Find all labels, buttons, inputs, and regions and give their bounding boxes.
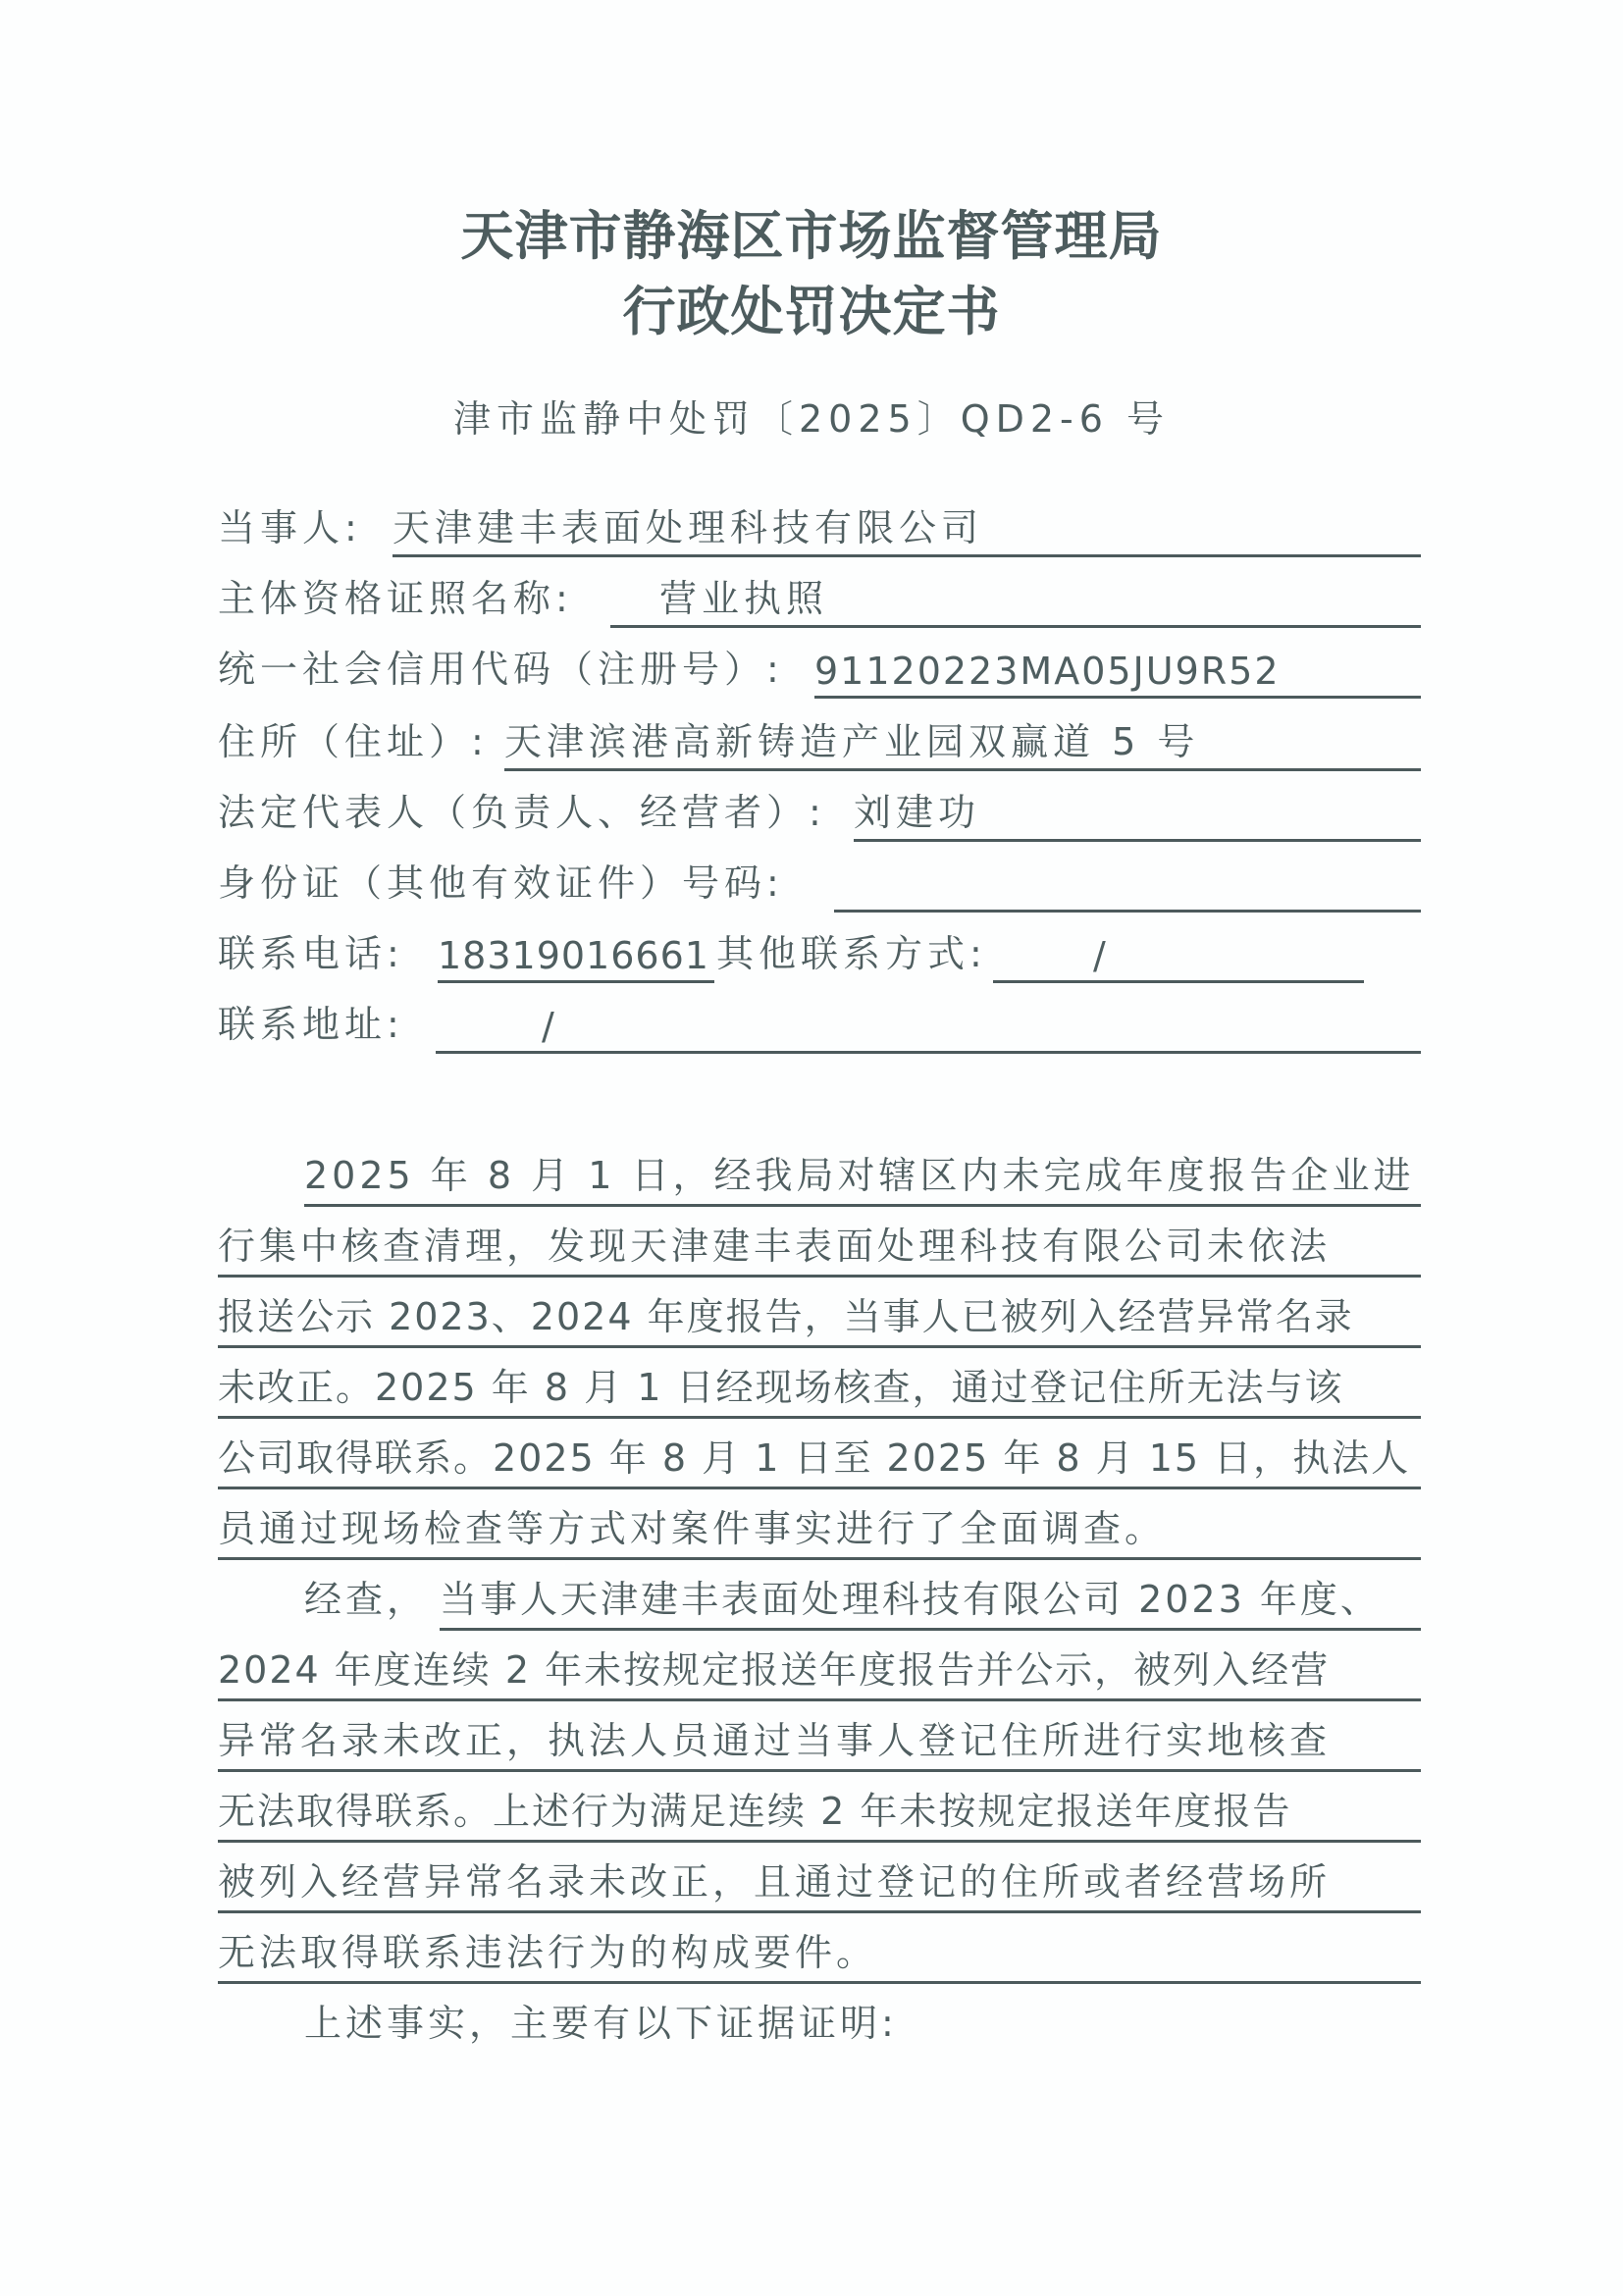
id-number-underline	[834, 910, 1421, 913]
para1-line: 行集中核查清理，发现天津建丰表面处理科技有限公司未依法	[218, 1207, 1421, 1278]
party-underline	[393, 554, 1421, 557]
para2-line: 2024 年度连续 2 年未按规定报送年度报告并公示，被列入经营	[218, 1631, 1421, 1701]
para1-line: 2025 年 8 月 1 日，经我局对辖区内未完成年度报告企业进	[218, 1136, 1421, 1207]
agency-title: 天津市静海区市场监督管理局	[0, 194, 1623, 270]
para2-line: 无法取得联系违法行为的构成要件。	[218, 1913, 1421, 1984]
legal-rep-label: 法定代表人（负责人、经营者）:	[218, 782, 826, 836]
license-name-underline	[610, 625, 1421, 628]
para1-line-text: 员通过现场检查等方式对案件事实进行了全面调查。	[218, 1498, 1166, 1552]
address-underline	[504, 768, 1421, 771]
para1-line-text: 2025 年 8 月 1 日，经我局对辖区内未完成年度报告企业进	[304, 1145, 1414, 1199]
field-phone: 联系电话: 18319016661 其他联系方式: /	[218, 928, 1421, 983]
para3-text: 上述事实，主要有以下证据证明:	[304, 1993, 898, 2047]
field-contact-address: 联系地址: /	[218, 999, 1421, 1054]
document-type-title: 行政处罚决定书	[0, 270, 1623, 345]
field-address: 住所（住址）: 天津滨港高新铸造产业园双赢道 5 号	[218, 716, 1421, 771]
license-name-value: 营业执照	[659, 568, 828, 622]
para2-prefix: 经查，	[304, 1569, 428, 1623]
credit-code-underline	[814, 696, 1421, 699]
para1-line: 公司取得联系。2025 年 8 月 1 日至 2025 年 8 月 15 日，执…	[218, 1419, 1421, 1489]
contact-address-value: /	[542, 1005, 559, 1048]
credit-code-value: 91120223MA05JU9R52	[814, 650, 1281, 693]
para2-line-text: 2024 年度连续 2 年未按规定报送年度报告并公示，被列入经营	[218, 1640, 1330, 1694]
other-contact-value: /	[1093, 934, 1111, 977]
para2-line: 异常名录未改正，执法人员通过当事人登记住所进行实地核查	[218, 1701, 1421, 1772]
para2-line-text: 当事人天津建丰表面处理科技有限公司 2023 年度、	[440, 1569, 1381, 1623]
phone-label: 联系电话:	[218, 923, 404, 977]
phone-value: 18319016661	[438, 934, 709, 977]
license-name-label: 主体资格证照名称:	[218, 568, 573, 622]
para1-line-text: 报送公示 2023、2024 年度报告，当事人已被列入经营异常名录	[218, 1286, 1354, 1340]
field-legal-rep: 法定代表人（负责人、经营者）: 刘建功	[218, 787, 1421, 842]
address-label: 住所（住址）:	[218, 711, 489, 765]
contact-address-label: 联系地址:	[218, 994, 404, 1048]
para2-line: 经查， 当事人天津建丰表面处理科技有限公司 2023 年度、	[218, 1560, 1421, 1631]
party-label: 当事人:	[218, 497, 362, 551]
document-page: 天津市静海区市场监督管理局 行政处罚决定书 津市监静中处罚〔2025〕QD2-6…	[0, 0, 1623, 2296]
credit-code-label: 统一社会信用代码（注册号）:	[218, 639, 784, 693]
para1-line: 未改正。2025 年 8 月 1 日经现场核查，通过登记住所无法与该	[218, 1348, 1421, 1419]
id-number-label: 身份证（其他有效证件）号码:	[218, 853, 784, 907]
para2-line-text: 无法取得联系违法行为的构成要件。	[218, 1922, 877, 1976]
contact-address-underline	[436, 1051, 1421, 1054]
other-contact-label: 其他联系方式:	[716, 923, 987, 977]
para2-line: 被列入经营异常名录未改正，且通过登记的住所或者经营场所	[218, 1843, 1421, 1913]
field-id-number: 身份证（其他有效证件）号码:	[218, 858, 1421, 913]
legal-rep-underline	[854, 839, 1421, 842]
para1-line-text: 行集中核查清理，发现天津建丰表面处理科技有限公司未依法	[218, 1216, 1331, 1270]
para1-line: 员通过现场检查等方式对案件事实进行了全面调查。	[218, 1489, 1421, 1560]
field-party: 当事人: 天津建丰表面处理科技有限公司	[218, 502, 1421, 557]
field-license-name: 主体资格证照名称: 营业执照	[218, 573, 1421, 628]
field-credit-code: 统一社会信用代码（注册号）: 91120223MA05JU9R52	[218, 644, 1421, 699]
para2-line-text: 异常名录未改正，执法人员通过当事人登记住所进行实地核查	[218, 1710, 1331, 1764]
phone-underline	[438, 980, 714, 983]
para2-line-text: 无法取得联系。上述行为满足连续 2 年未按规定报送年度报告	[218, 1781, 1291, 1835]
other-contact-underline	[993, 980, 1364, 983]
para1-line-text: 未改正。2025 年 8 月 1 日经现场核查，通过登记住所无法与该	[218, 1357, 1343, 1411]
para2-line: 无法取得联系。上述行为满足连续 2 年未按规定报送年度报告	[218, 1772, 1421, 1843]
document-number: 津市监静中处罚〔2025〕QD2-6 号	[0, 389, 1623, 443]
para1-line: 报送公示 2023、2024 年度报告，当事人已被列入经营异常名录	[218, 1278, 1421, 1348]
para2-line-text: 被列入经营异常名录未改正，且通过登记的住所或者经营场所	[218, 1852, 1331, 1905]
legal-rep-value: 刘建功	[854, 782, 980, 836]
para1-line-text: 公司取得联系。2025 年 8 月 1 日至 2025 年 8 月 15 日，执…	[218, 1428, 1410, 1482]
para3-line: 上述事实，主要有以下证据证明:	[218, 1984, 1421, 2055]
address-value: 天津滨港高新铸造产业园双赢道 5 号	[504, 711, 1199, 765]
party-value: 天津建丰表面处理科技有限公司	[393, 497, 983, 551]
